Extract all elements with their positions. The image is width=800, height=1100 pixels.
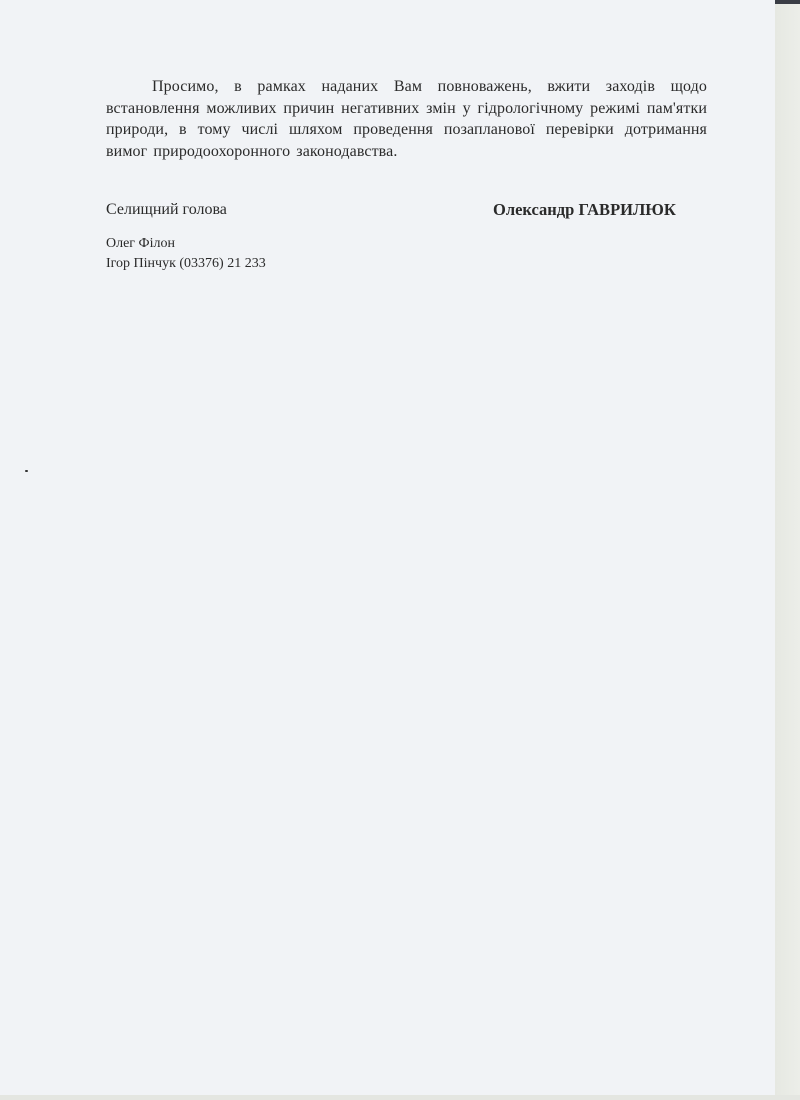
document-page: Просимо, в рамках наданих Вам повноважен… bbox=[0, 0, 775, 1095]
contacts-block: Олег Філон Ігор Пінчук (03376) 21 233 bbox=[106, 234, 266, 274]
signature-position-title: Селищний голова bbox=[106, 199, 227, 220]
signature-signer-name: Олександр ГАВРИЛЮК bbox=[493, 199, 676, 220]
scan-corner-shadow bbox=[775, 0, 800, 4]
request-paragraph: Просимо, в рамках наданих Вам повноважен… bbox=[106, 76, 707, 162]
contact-line: Ігор Пінчук (03376) 21 233 bbox=[106, 254, 266, 274]
scan-speck bbox=[25, 470, 28, 472]
scan-bottom-edge bbox=[0, 1095, 800, 1100]
scan-paper-edge bbox=[775, 0, 800, 1100]
contact-line: Олег Філон bbox=[106, 234, 266, 254]
